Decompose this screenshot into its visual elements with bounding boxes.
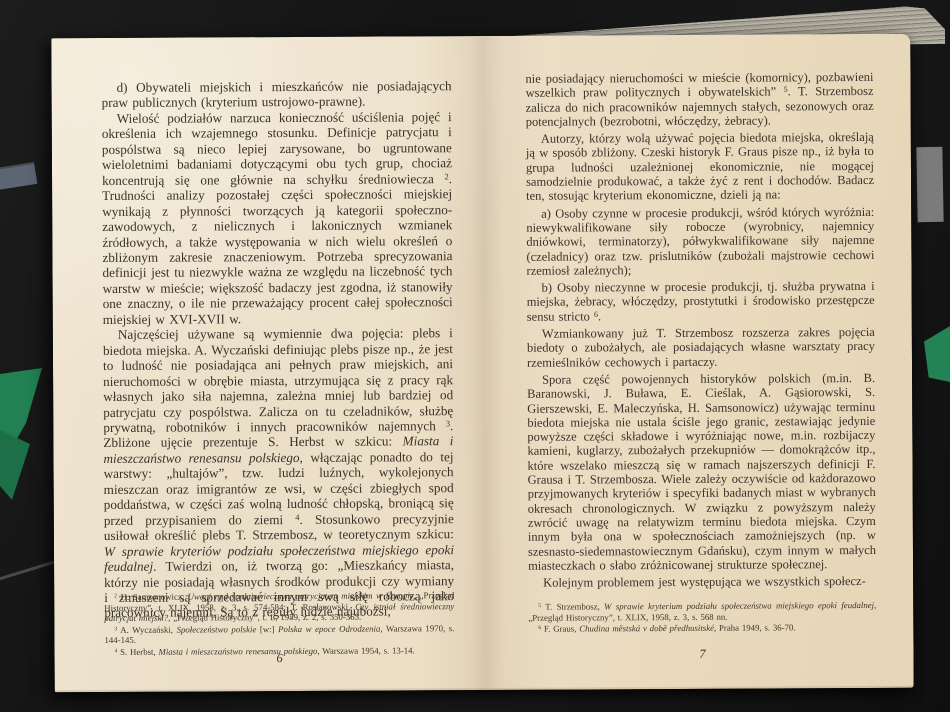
paragraph: Kolejnym problemem jest występująca we w… (528, 574, 876, 590)
footnote: 3 A. Wyczański, Społeczeństwo polskie [w… (104, 623, 454, 646)
book-cover-green-band-left-lower (0, 430, 30, 500)
paragraph: b) Osoby nieczynne w procesie produkcji,… (527, 279, 875, 324)
left-page-body: d) Obywateli miejskich i mieszkańców nie… (102, 78, 455, 621)
italic-title: W sprawie kryteriów podziału społeczeńst… (104, 542, 454, 574)
right-page: nie posiadający nieruchomości w mieście … (525, 70, 876, 678)
book-spread: d) Obywateli miejskich i mieszkańców nie… (51, 34, 913, 692)
footnote-ref: 3 (114, 626, 117, 632)
italic-title: Chudina městská v době předhusitské (579, 623, 714, 634)
footnote-ref: 5 (538, 603, 541, 609)
footnote: 5 T. Strzembosz, W sprawie kryterium pod… (528, 600, 876, 623)
paragraph: a) Osoby czynne w procesie produkcji, wś… (526, 205, 874, 278)
left-page-number: 6 (105, 650, 455, 667)
footnote-ref: 6 (538, 625, 541, 631)
paragraph: Najczęściej używane są wymiennie dwa poj… (103, 325, 455, 620)
right-page-number: 7 (528, 646, 876, 663)
italic-title: W sprawie kryterium podziału społeczeńst… (604, 600, 874, 611)
italic-title: Miasta i mieszczaństwo renesansu polskie… (103, 434, 453, 466)
italic-title: Czy istniał średniowieczny patrycjat mie… (104, 601, 454, 623)
book-cover-green-band-right (924, 326, 950, 382)
paragraph: Wzmiankowany już T. Strzembosz rozszerza… (527, 325, 875, 370)
footnote: 6 F. Graus, Chudina městská v době předh… (528, 622, 876, 634)
background-gray-strip (0, 164, 37, 190)
italic-title: Społeczeństwo polskie (177, 624, 257, 634)
photo-scene: { "pages": [ { "side": "left", "page_num… (0, 0, 950, 712)
paragraph: Autorzy, którzy wolą używać pojęcia bied… (526, 130, 874, 203)
background-gray-patch (916, 147, 943, 222)
paragraph: d) Obywateli miejskich i mieszkańców nie… (102, 78, 452, 111)
footnote-ref: 6 (594, 310, 598, 319)
footnote: 2 H. Samsonowicz, Uwagi nad średniowiecz… (104, 590, 454, 624)
left-page-footnotes: 2 H. Samsonowicz, Uwagi nad średniowiecz… (104, 590, 454, 658)
footnote-ref: 2 (114, 593, 117, 599)
paragraph: Wielość podziałów narzuca konieczność uś… (102, 109, 453, 327)
italic-title: Polska w epoce Odrodzenia (278, 623, 380, 634)
footnote-ref: 4 (295, 512, 299, 522)
right-page-footnotes: 5 T. Strzembosz, W sprawie kryterium pod… (528, 600, 876, 636)
italic-title: Uwagi nad średniowiecznym patrycjatem mi… (188, 590, 414, 601)
footnote-ref: 2 (444, 171, 448, 181)
footnote-ref: 3 (446, 418, 450, 428)
paragraph: nie posiadający nieruchomości w mieście … (525, 70, 873, 129)
right-page-body: nie posiadający nieruchomości w mieście … (525, 70, 876, 590)
left-page: d) Obywateli miejskich i mieszkańców nie… (102, 78, 455, 680)
footnote-ref: 5 (784, 85, 788, 94)
paragraph: Spora część powojennych historyków polsk… (527, 371, 876, 573)
